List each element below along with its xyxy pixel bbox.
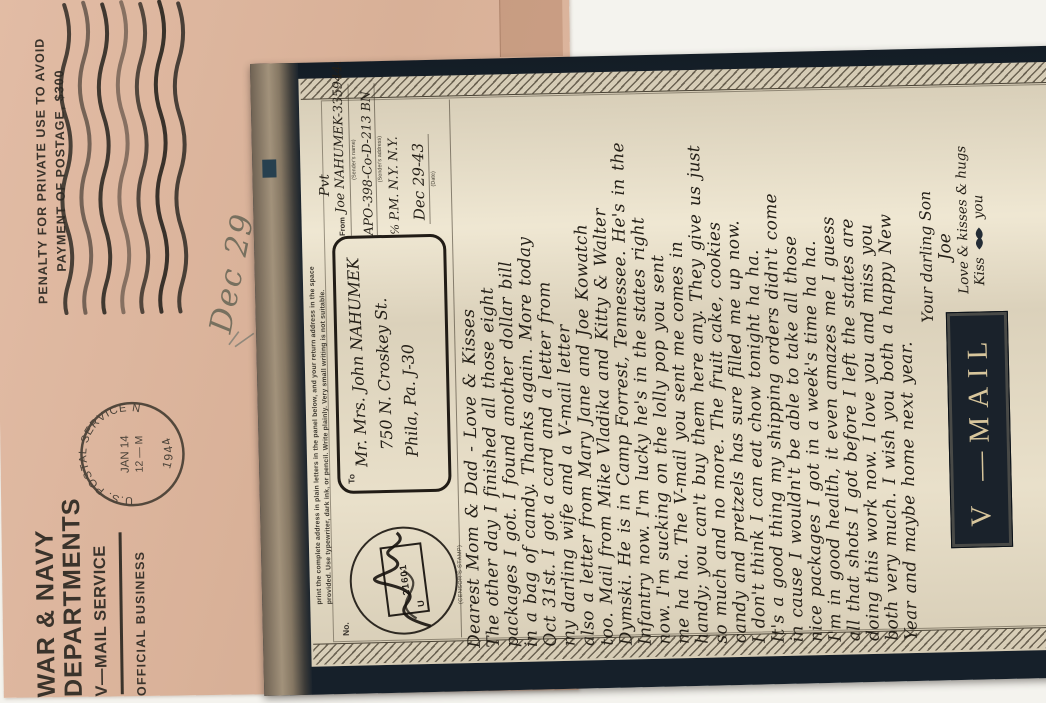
vmail-logo-text: V —MAIL [961,332,998,526]
address-panel: To Mr. Mrs. John NAHUMEK 750 N. Croskey … [332,234,452,495]
sender-name: Joe NAHUMEK-33594447 [329,49,348,213]
kiss-word-pre: Kiss [972,257,989,286]
photo-edge-mark [262,159,276,177]
vmail-logo-badge: V —MAIL [946,311,1013,548]
official-business-line: OFFICIAL BUSINESS [131,438,149,696]
censor-stamp: 21601 U [349,525,459,635]
vmail-photostat: print the complete address in plain lett… [250,46,1046,696]
date-label: (Date) [428,134,438,224]
pencil-check-mark [227,328,257,350]
war-navy-line: WAR & NAVY [30,439,61,697]
sender-block: Pvt From Joe NAHUMEK-33594447 (Sender's … [314,82,437,237]
return-address-block: WAR & NAVY DEPARTMENTS V—MAIL SERVICE OF… [30,438,156,698]
kiss-lips-mark-icon [972,225,986,251]
recipient-address: Mr. Mrs. John NAHUMEK 750 N. Croskey St.… [340,255,426,468]
kiss-word-post: you [970,195,987,220]
to-label: To [346,474,356,484]
vmail-letter-form: print the complete address in plain lett… [298,61,1046,667]
sender-address-2: ℅ P.M. N.Y. N.Y. [383,83,402,235]
letter-date: Dec 29-43 [407,82,428,220]
departments-line: DEPARTMENTS [57,439,88,697]
scan-root: { "envelope": { "penalty_line1": "PENALT… [0,0,1046,703]
vmail-service-line: V—MAIL SERVICE [89,438,112,696]
postmark-arc-bottom: 1944 [158,434,176,470]
censor-signature-scrawl [344,519,467,642]
letter-body: Dearest Mom & Dad - Love & Kisses The ot… [456,74,922,648]
cancellation-wavy-lines-icon [54,0,199,344]
svg-text:1944: 1944 [158,434,176,470]
envelope-flap-corner [499,0,563,57]
from-label: From [338,217,347,236]
letter-signature: Your darling Son Joe Love & kisses & hug… [913,71,989,323]
divider-rule [119,532,124,694]
